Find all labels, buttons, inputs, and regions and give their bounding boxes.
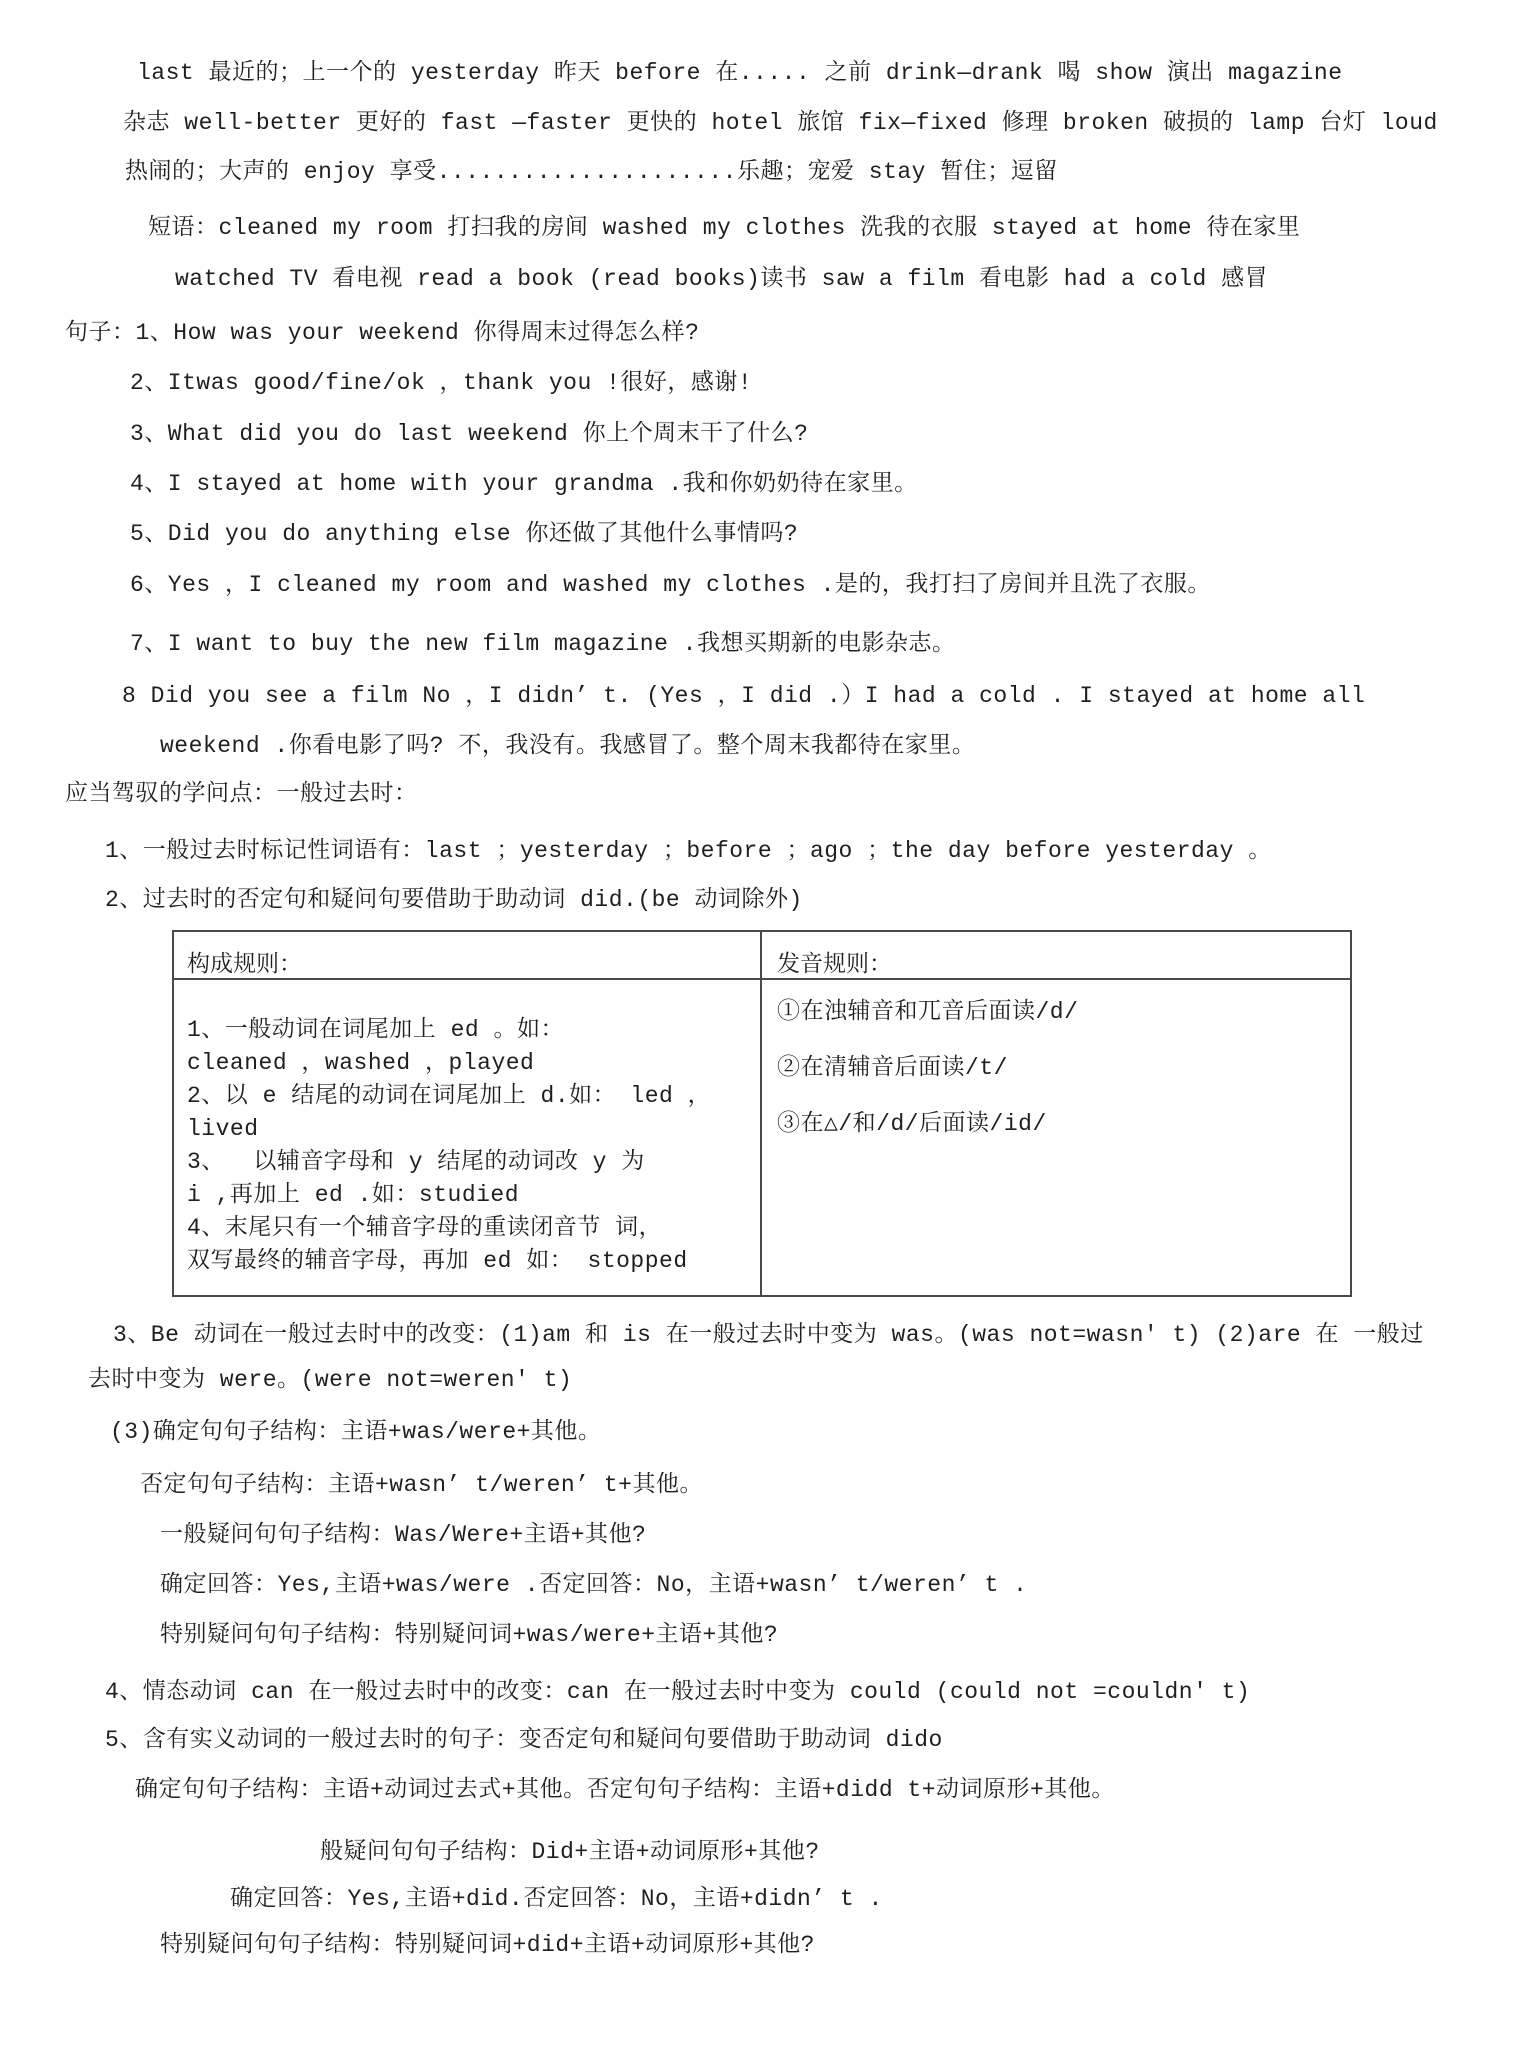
formation-rule-line: 4、末尾只有一个辅音字母的重读闭音节 词， [187, 1212, 760, 1245]
table-header-pronunciation-rules: 发音规则： [762, 932, 1350, 978]
pronunciation-rule-line: ①在浊辅音和兀音后面读/d/ [777, 996, 1350, 1029]
sentence-line-8: 8 Did you see a film No ，I didn’ t. (Yes… [122, 681, 1365, 711]
point-3-line-1: 3、Be 动词在一般过去时中的改变：(1)am 和 is 在一般过去时中变为 w… [113, 1320, 1424, 1350]
formation-rule-line: i ,再加上 ed .如：studied [187, 1179, 760, 1212]
sentence-line-4: 4、I stayed at home with your grandma .我和… [130, 469, 918, 499]
grammar-table-header-row: 构成规则： 发音规则： [174, 932, 1350, 980]
point-2: 2、过去时的否定句和疑问句要借助于助动词 did.(be 动词除外) [105, 885, 803, 915]
point-5-line-4: 确定回答：Yes,主语+did.否定回答：No，主语+didn’ t . [230, 1884, 883, 1914]
formation-rule-line: 2、以 e 结尾的动词在词尾加上 d.如： led ， [187, 1080, 760, 1113]
point-5-line-3: 般疑问句句子结构：Did+主语+动词原形+其他? [320, 1837, 820, 1867]
sentence-line-6: 6、Yes ，I cleaned my room and washed my c… [130, 570, 1211, 600]
point-3-line-4: 否定句句子结构：主语+wasn’ t/weren’ t+其他。 [140, 1470, 703, 1500]
point-3-line-2: 去时中变为 were。(were not=weren' t) [88, 1365, 572, 1395]
sentence-line-2: 2、Itwas good/fine/ok ，thank you !很好，感谢! [130, 368, 752, 398]
formation-rule-line: 3、 以辅音字母和 y 结尾的动词改 y 为 [187, 1146, 760, 1179]
vocab-line-2: 杂志 well-better 更好的 fast —faster 更快的 hote… [123, 108, 1438, 138]
knowledge-heading: 应当驾驭的学问点：一般过去时： [65, 779, 418, 809]
sentence-line-8-cont: weekend .你看电影了吗? 不，我没有。我感冒了。整个周末我都待在家里。 [160, 731, 975, 761]
point-5-line-1: 5、含有实义动词的一般过去时的句子：变否定句和疑问句要借助于助动词 dido [105, 1725, 943, 1755]
pronunciation-rule-line: ③在△/和/d/后面读/id/ [777, 1108, 1350, 1141]
table-header-formation-rules: 构成规则： [174, 932, 762, 978]
formation-rule-line: 1、一般动词在词尾加上 ed 。如： [187, 1014, 760, 1047]
point-1: 1、一般过去时标记性词语有：last ；yesterday ；before ；a… [105, 836, 1272, 866]
phrases-line-2: watched TV 看电视 read a book (read books)读… [175, 264, 1268, 294]
point-3-line-5: 一般疑问句句子结构：Was/Were+主语+其他? [160, 1520, 646, 1550]
point-3-line-7: 特别疑问句句子结构：特别疑问词+was/were+主语+其他? [160, 1620, 778, 1650]
point-3-line-6: 确定回答：Yes,主语+was/were .否定回答：No，主语+wasn’ t… [160, 1570, 1027, 1600]
sentence-line-5: 5、Did you do anything else 你还做了其他什么事情吗? [130, 519, 798, 549]
formation-rule-line: lived [187, 1113, 760, 1146]
grammar-table-body-row: 1、一般动词在词尾加上 ed 。如： cleaned ，washed ，play… [174, 980, 1350, 1295]
formation-rule-line: cleaned ，washed ，played [187, 1047, 760, 1080]
point-5-line-5: 特别疑问句句子结构：特别疑问词+did+主语+动词原形+其他? [160, 1930, 815, 1960]
sentence-line-3: 3、What did you do last weekend 你上个周末干了什么… [130, 419, 808, 449]
formation-rules-cell: 1、一般动词在词尾加上 ed 。如： cleaned ，washed ，play… [174, 980, 762, 1295]
vocab-line-3: 热闹的；大声的 enjoy 享受.....................乐趣；… [125, 157, 1058, 187]
formation-rule-line: 双写最终的辅音字母，再加 ed 如： stopped [187, 1245, 760, 1278]
point-3-line-3: (3)确定句句子结构：主语+was/were+其他。 [110, 1417, 601, 1447]
point-5-line-2: 确定句句子结构：主语+动词过去式+其他。否定句句子结构：主语+didd t+动词… [135, 1775, 1115, 1805]
vocab-line-1: last 最近的；上一个的 yesterday 昨天 before 在.....… [137, 58, 1343, 88]
sentence-line-1: 句子：1、How was your weekend 你得周末过得怎么样? [65, 318, 699, 348]
pronunciation-rule-line: ②在清辅音后面读/t/ [777, 1052, 1350, 1085]
pronunciation-rules-cell: ①在浊辅音和兀音后面读/d/ ②在清辅音后面读/t/ ③在△/和/d/后面读/i… [762, 980, 1350, 1295]
grammar-table: 构成规则： 发音规则： 1、一般动词在词尾加上 ed 。如： cleaned ，… [172, 930, 1352, 1297]
point-4: 4、情态动词 can 在一般过去时中的改变：can 在一般过去时中变为 coul… [105, 1677, 1250, 1707]
sentence-line-7: 7、I want to buy the new film magazine .我… [130, 629, 956, 659]
phrases-line-1: 短语：cleaned my room 打扫我的房间 washed my clot… [148, 213, 1300, 243]
document-page: last 最近的；上一个的 yesterday 昨天 before 在.....… [0, 0, 1531, 2059]
